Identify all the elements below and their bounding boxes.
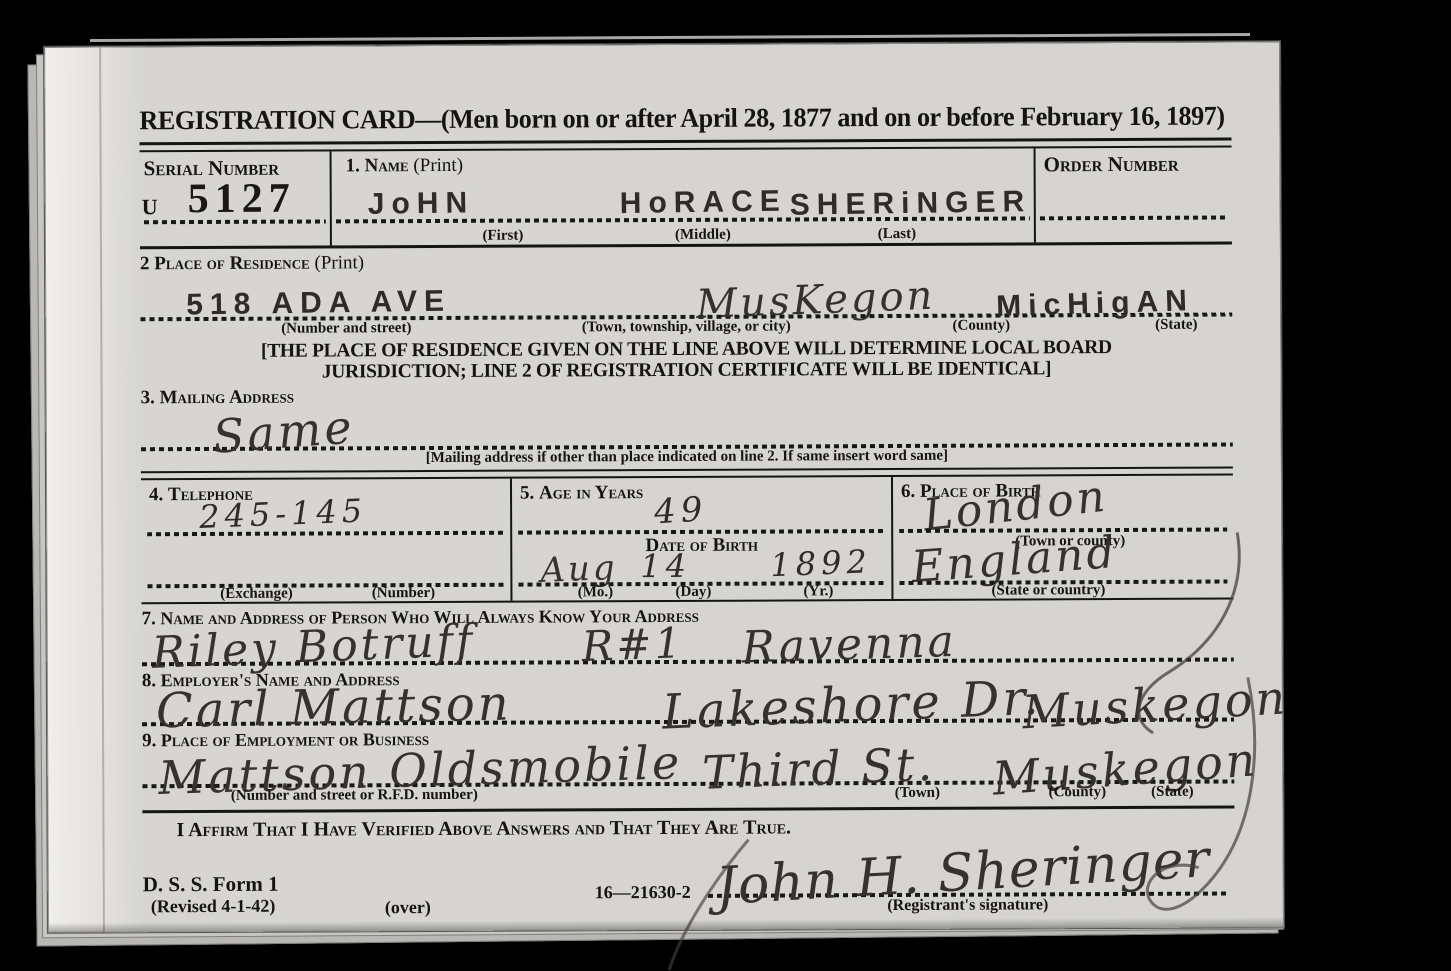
contact-section: 7. Name and Address of Person Who Will A… bbox=[142, 604, 1234, 667]
serial-number-field: Serial Number U 5127 bbox=[140, 151, 332, 246]
serial-number-value: 5127 bbox=[188, 178, 296, 220]
serial-prefix: U bbox=[142, 194, 158, 220]
age-label: 5. Age in Years bbox=[520, 482, 643, 505]
footer: D. S. S. Form 1 (Revised 4-1-42) (over) … bbox=[143, 838, 1236, 963]
residence-town-caption: (Town, township, village, or city) bbox=[582, 318, 791, 336]
over-note: (over) bbox=[385, 897, 431, 918]
name-middle-value: HoRACE bbox=[620, 185, 787, 221]
employer-town-value: Muskegon bbox=[1021, 674, 1289, 735]
row-telephone-age-birth: 4. Telephone 245-145 (Exchange) (Number)… bbox=[141, 476, 1234, 603]
rule bbox=[147, 531, 504, 537]
employment-captions: (Number and street or R.F.D. number) (To… bbox=[142, 784, 1234, 809]
employment-street-caption: (Number and street or R.F.D. number) bbox=[231, 787, 478, 805]
rule bbox=[144, 219, 326, 224]
contact-route-value: R#1 bbox=[581, 622, 685, 668]
employer-street-value: Lakeshore Dr. bbox=[661, 674, 1042, 737]
residence-street-value: 518 ADA AVE bbox=[186, 285, 451, 323]
order-number-label: Order Number bbox=[1044, 152, 1179, 178]
telephone-value: 245-145 bbox=[199, 494, 368, 533]
name-first-caption: (First) bbox=[482, 228, 523, 245]
row-serial-name-order: Serial Number U 5127 1. Name (Print) JoH… bbox=[140, 148, 1232, 247]
card-title: REGISTRATION CARD—(Men born on or after … bbox=[139, 101, 1198, 137]
residence-county-caption: (County) bbox=[953, 317, 1011, 334]
mailing-value: Same bbox=[211, 403, 356, 459]
registration-card: REGISTRATION CARD—(Men born on or after … bbox=[44, 41, 1284, 932]
telephone-field: 4. Telephone 245-145 (Exchange) (Number) bbox=[141, 479, 513, 603]
signature-block: John H. Sheringer (Registrant's signatur… bbox=[708, 872, 1228, 916]
rule bbox=[1040, 216, 1228, 221]
residence-notice: [THE PLACE OF RESIDENCE GIVEN ON THE LIN… bbox=[140, 337, 1232, 384]
contact-town-value: Ravenna bbox=[741, 620, 957, 671]
residence-state-caption: (State) bbox=[1155, 317, 1198, 334]
employment-county-caption: (County) bbox=[1049, 784, 1107, 801]
dob-year-value: 1892 bbox=[770, 545, 873, 581]
name-field: 1. Name (Print) JoHN HoRACE SHERiNGER (F… bbox=[332, 148, 1036, 245]
print-code: 16—21630-2 bbox=[595, 882, 691, 903]
form-number: D. S. S. Form 1 bbox=[143, 872, 279, 898]
dob-day-caption: (Day) bbox=[676, 584, 712, 601]
name-first-value: JoHN bbox=[368, 186, 475, 222]
dob-year-caption: (Yr.) bbox=[803, 583, 833, 600]
telephone-number-caption: (Number) bbox=[372, 585, 435, 602]
form-revision: (Revised 4-1-42) bbox=[151, 896, 276, 918]
age-field: 5. Age in Years 49 Date of Birth Aug 14 … bbox=[512, 477, 894, 601]
name-label: 1. Name (Print) bbox=[346, 155, 464, 178]
name-middle-caption: (Middle) bbox=[675, 227, 731, 244]
employment-state-caption: (State) bbox=[1151, 784, 1194, 801]
card-stack-edge bbox=[90, 33, 1250, 42]
card-content: REGISTRATION CARD—(Men born on or after … bbox=[139, 101, 1235, 963]
rule bbox=[147, 583, 504, 589]
birthplace-field: 6. Place of Birth London (Town or county… bbox=[893, 476, 1234, 599]
employment-town-caption: (Town) bbox=[895, 785, 940, 802]
dob-day-value: 14 bbox=[640, 550, 691, 582]
telephone-exchange-caption: (Exchange) bbox=[220, 586, 293, 603]
name-last-caption: (Last) bbox=[878, 226, 916, 243]
employer-name-value: Carl Mattson bbox=[155, 680, 512, 736]
dob-month-caption: (Mo.) bbox=[578, 584, 613, 601]
contact-name-value: Riley Botruff bbox=[151, 619, 476, 676]
residence-street-caption: (Number and street) bbox=[281, 320, 411, 338]
age-value: 49 bbox=[653, 492, 708, 529]
employer-section: 8. Employer's Name and Address Carl Matt… bbox=[142, 666, 1234, 727]
order-number-field: Order Number bbox=[1036, 148, 1232, 243]
mailing-section: 3. Mailing Address Same [Mailing address… bbox=[141, 383, 1233, 481]
residence-section: 2 Place of Residence (Print) 518 ADA AVE… bbox=[140, 249, 1233, 384]
birthplace-country-caption: (State or country) bbox=[991, 582, 1105, 599]
